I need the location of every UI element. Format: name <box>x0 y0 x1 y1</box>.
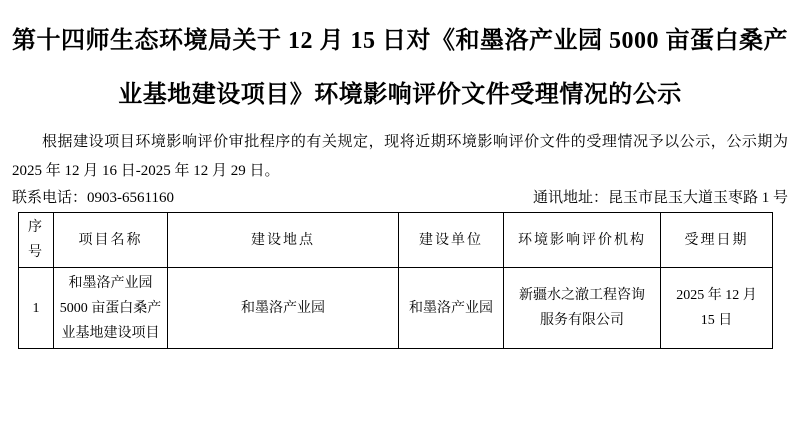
cell-location: 和墨洛产业园 <box>168 268 399 349</box>
notice-title-line1: 第十四师生态环境局关于 12 月 15 日对《和墨洛产业园 5000 亩蛋白桑产 <box>0 14 800 68</box>
notice-page: 第十四师生态环境局关于 12 月 15 日对《和墨洛产业园 5000 亩蛋白桑产… <box>0 0 800 430</box>
header-builder: 建设单位 <box>399 213 504 268</box>
notice-body: 根据建设项目环境影响评价审批程序的有关规定，现将近期环境影响评价文件的受理情况予… <box>12 128 788 186</box>
contact-address: 通讯地址：昆玉市昆玉大道玉枣路 1 号 <box>533 186 788 210</box>
table-header-row: 序号 项目名称 建设地点 建设单位 环境影响评价机构 受理日期 <box>19 213 773 268</box>
cell-agency: 新疆水之澈工程咨询 服务有限公司 <box>504 268 661 349</box>
cell-seq: 1 <box>19 268 54 349</box>
header-location: 建设地点 <box>168 213 399 268</box>
acceptance-table: 序号 项目名称 建设地点 建设单位 环境影响评价机构 受理日期 1 和墨洛产业园… <box>18 212 773 349</box>
table-row: 1 和墨洛产业园 5000 亩蛋白桑产 业基地建设项目 和墨洛产业园 和墨洛产业… <box>19 268 773 349</box>
contact-phone: 联系电话：0903-6561160 <box>12 186 174 210</box>
cell-accept-date: 2025 年 12 月 15 日 <box>661 268 773 349</box>
contact-row: 联系电话：0903-6561160 通讯地址：昆玉市昆玉大道玉枣路 1 号 <box>12 186 788 210</box>
notice-body-line1: 根据建设项目环境影响评价审批程序的有关规定，现将近期环境影响评价文件的受理情况予… <box>12 128 788 157</box>
notice-body-line2: 2025 年 12 月 16 日-2025 年 12 月 29 日。 <box>12 157 788 186</box>
notice-title-line2: 业基地建设项目》环境影响评价文件受理情况的公示 <box>0 68 800 122</box>
header-seq: 序号 <box>19 213 54 268</box>
header-agency: 环境影响评价机构 <box>504 213 661 268</box>
notice-title: 第十四师生态环境局关于 12 月 15 日对《和墨洛产业园 5000 亩蛋白桑产… <box>0 0 800 122</box>
cell-project-name: 和墨洛产业园 5000 亩蛋白桑产 业基地建设项目 <box>54 268 168 349</box>
header-accept-date: 受理日期 <box>661 213 773 268</box>
cell-builder: 和墨洛产业园 <box>399 268 504 349</box>
header-project-name: 项目名称 <box>54 213 168 268</box>
